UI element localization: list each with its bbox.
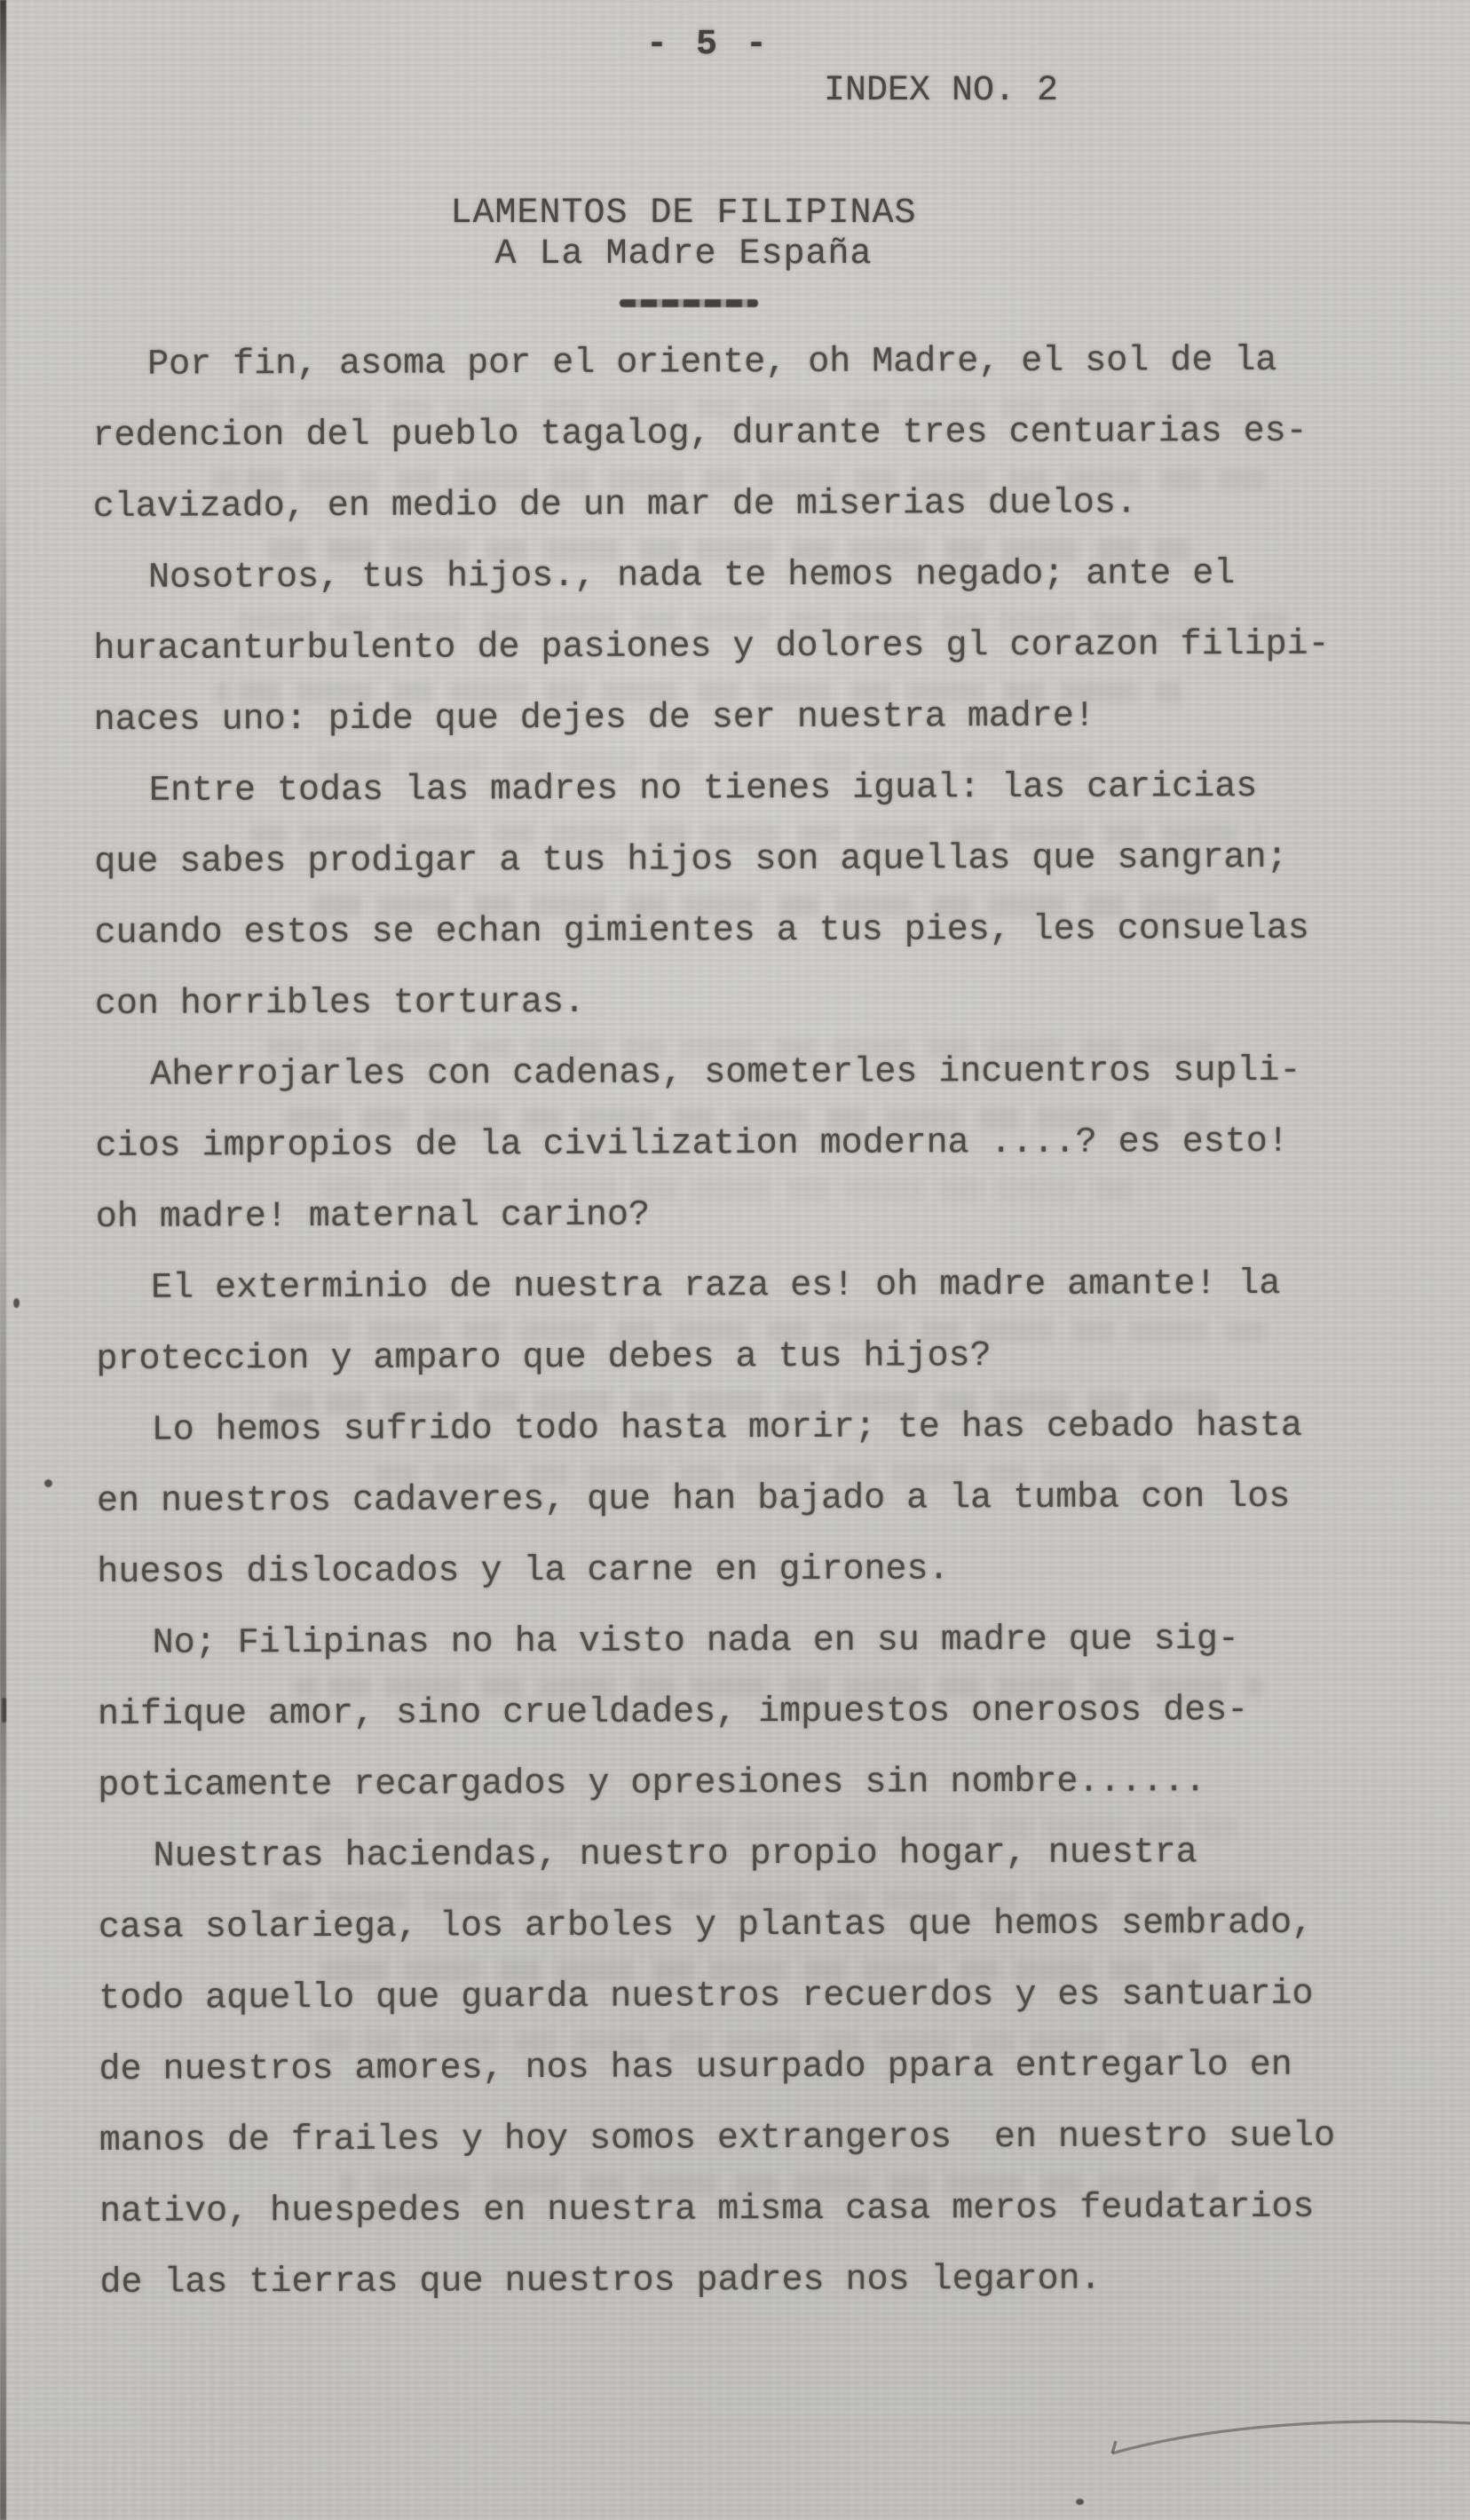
text-line: naces uno: pide que dejes de ser nuestra… [94,680,1408,757]
text-line: No; Filipinas no ha visto nada en su mad… [98,1604,1411,1680]
text-line: manos de frailes y hoy somos extrangeros… [99,2101,1413,2177]
text-line: poticamente recargados y opresiones sin … [98,1746,1411,1822]
ink-speck [2,1698,6,1723]
document-subtitle: A La Madre España [0,234,1367,275]
text-line: proteccion y amparo que debes a tus hijo… [96,1319,1410,1396]
text-line: todo aquello que guarda nuestros recuerd… [99,1959,1412,2035]
text-line: El exterminio de nuestra raza es! oh mad… [96,1248,1410,1325]
text-line: casa solariega, los arboles y plantas qu… [99,1888,1412,1964]
text-line: cios impropios de la civilization modern… [95,1106,1409,1183]
ink-speck [1076,2499,1084,2505]
text-line: nativo, huespedes en nuestra misma casa … [99,2172,1413,2248]
text-line: Aherrojarles con cadenas, someterles inc… [95,1035,1409,1112]
page-number: - 5 - [646,25,771,65]
ink-speck [13,1298,20,1308]
text-line: de las tierras que nuestros padres nos l… [99,2243,1413,2319]
text-line: en nuestros cadaveres, que han bajado a … [97,1462,1411,1538]
index-label: INDEX NO. 2 [824,71,1058,111]
text-line: oh madre! maternal carino? [96,1177,1410,1254]
text-line: Por fin, asoma por el oriente, oh Madre,… [92,325,1406,401]
text-line: huracanturbulento de pasiones y dolores … [93,609,1407,685]
text-line: Entre todas las madres no tienes igual: … [94,751,1408,828]
text-line: Nosotros, tus hijos., nada te hemos nega… [93,538,1407,614]
text-line: clavizado, en medio de un mar de miseria… [93,467,1407,543]
text-line: Nuestras haciendas, nuestro propio hogar… [98,1817,1411,1893]
text-line: de nuestros amores, nos has usurpado ppa… [99,2030,1412,2106]
text-line: que sabes prodigar a tus hijos son aquel… [94,822,1408,899]
text-line: nifique amor, sino crueldades, impuestos… [98,1675,1411,1751]
text-line: Lo hemos sufrido todo hasta morir; te ha… [97,1391,1411,1467]
document-body: Por fin, asoma por el oriente, oh Madre,… [92,325,1414,2319]
text-line: redencion del pueblo tagalog, durante tr… [92,396,1406,472]
document-title: LAMENTOS DE FILIPINAS [0,194,1367,234]
scan-edge-shadow [0,0,6,2520]
text-line: cuando estos se echan gimientes a tus pi… [94,893,1408,970]
document-page: - 5 - INDEX NO. 2 LAMENTOS DE FILIPINAS … [0,0,1470,2520]
title-divider [620,299,758,307]
title-block: LAMENTOS DE FILIPINAS A La Madre España [0,194,1367,275]
text-line: huesos dislocados y la carne en girones. [97,1533,1411,1609]
ink-speck [44,1479,52,1487]
text-line: con horribles torturas. [95,964,1409,1041]
